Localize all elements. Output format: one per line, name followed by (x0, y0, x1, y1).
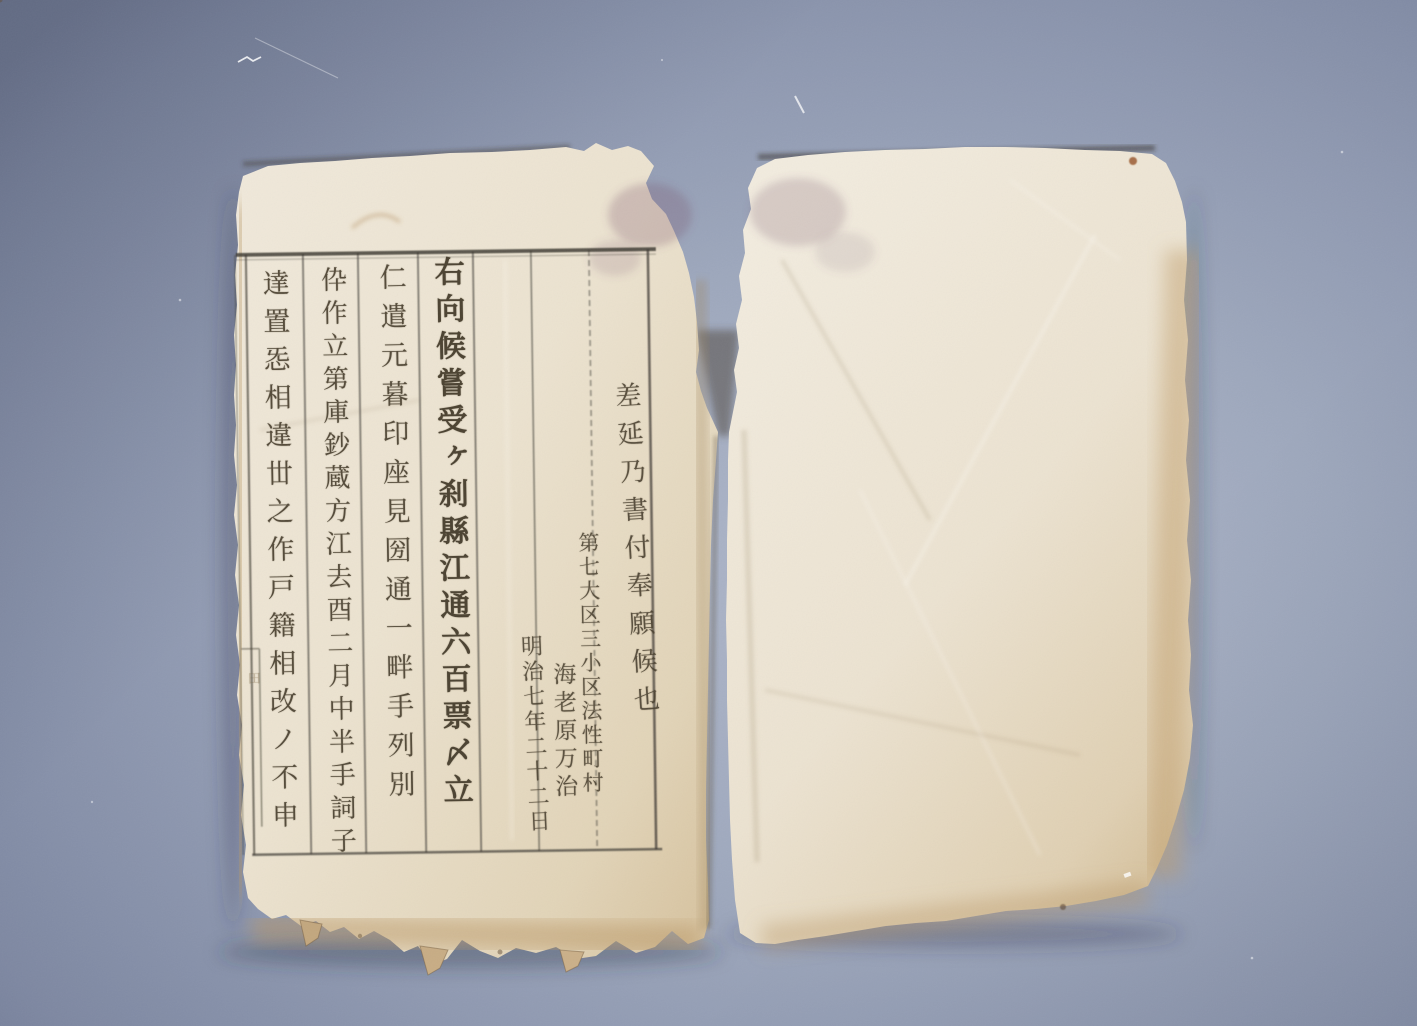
handwritten-column-note-1: 差延乃書付奉願候也 (611, 381, 659, 724)
handwritten-colophon: 田 (245, 671, 259, 688)
handwritten-column-date: 明治七年二十二日 (518, 634, 550, 835)
photo-stage: 差延乃書付奉願候也 第七大区三小区法性町村 海老原万治 明治七年二十二日 右向候… (0, 0, 1417, 1026)
handwritten-column-main-2: 仁遣元暮印座見圀通一畔手列別 (375, 263, 413, 809)
handwritten-column-main-4: 達置㤅相違丗之作戸籍相改ノ不申 (258, 269, 296, 839)
handwritten-column-main-1: 右向候嘗受ヶ刹縣江通六百票〆立 (430, 256, 471, 811)
handwritten-column-note-2: 第七大区三小区法性町村 (577, 531, 604, 795)
handwriting-layer: 差延乃書付奉願候也 第七大区三小区法性町村 海老原万治 明治七年二十二日 右向候… (0, 0, 1417, 1026)
handwritten-column-name: 海老原万治 (550, 662, 577, 802)
handwritten-column-main-3: 伜作立第庫鈔蔵方江去酉二月中半手詞子 (317, 266, 355, 860)
